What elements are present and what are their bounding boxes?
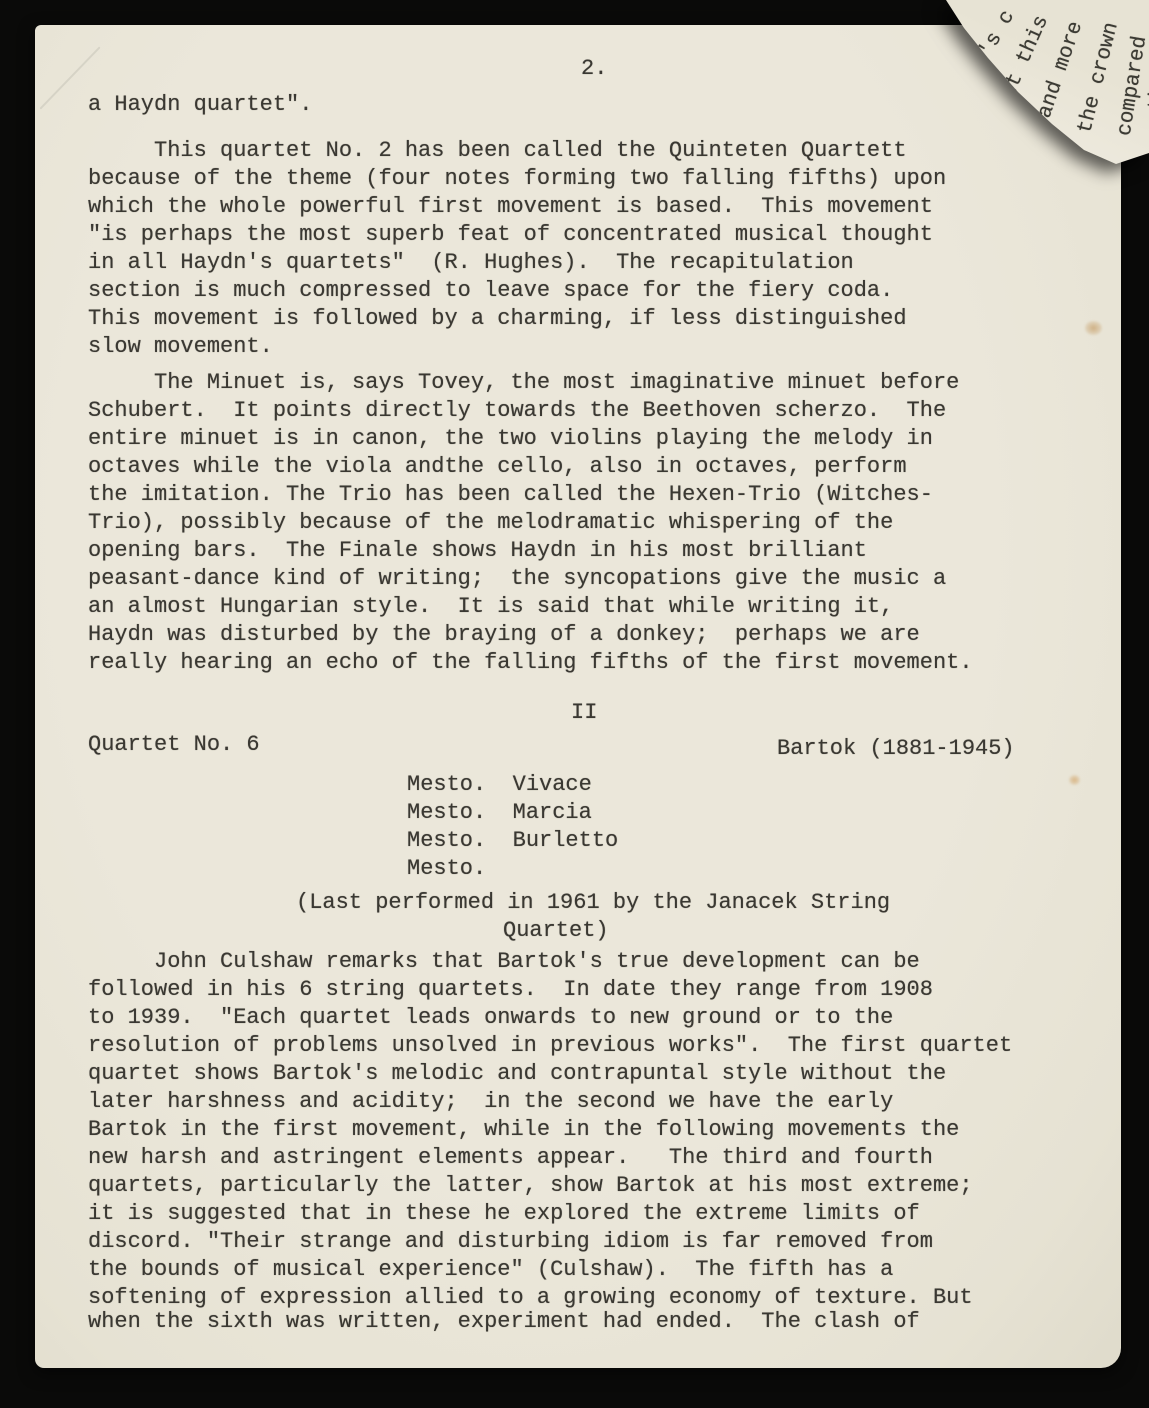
- fold-text-line: rtok's c: [950, 7, 1020, 106]
- folded-page-surface: rtok's c but this and more the crown com…: [880, 0, 1149, 195]
- composer: Bartok (1881-1945): [777, 735, 1015, 763]
- section-numeral: II: [571, 699, 597, 727]
- performance-note-line-1: (Last performed in 1961 by the Janacek S…: [296, 889, 890, 917]
- paper-stain: [1069, 775, 1080, 785]
- paragraph-1: This quartet No. 2 has been called the Q…: [88, 137, 946, 361]
- paragraph-2: The Minuet is, says Tovey, the most imag…: [88, 369, 973, 677]
- performance-note-line-2: Quartet): [503, 917, 609, 945]
- paper-stain: [1085, 321, 1102, 335]
- paragraph-3-last-line: when the sixth was written, experiment h…: [88, 1308, 920, 1336]
- page-number: 2.: [581, 55, 607, 83]
- folded-page-corner: rtok's c but this and more the crown com…: [880, 0, 1149, 195]
- typewritten-page: 2. a Haydn quartet". This quartet No. 2 …: [35, 25, 1121, 1368]
- paragraph-3: John Culshaw remarks that Bartok's true …: [88, 948, 1012, 1312]
- movement-list: Mesto. Vivace Mesto. Marcia Mesto. Burle…: [407, 771, 618, 883]
- header-line: a Haydn quartet".: [88, 91, 312, 119]
- photo-background: { "page": { "number": "2.", "header_line…: [0, 0, 1149, 1408]
- fold-text-line: th: [1145, 84, 1149, 111]
- fold-text-line: compared: [1114, 34, 1149, 137]
- work-title: Quartet No. 6: [88, 731, 260, 759]
